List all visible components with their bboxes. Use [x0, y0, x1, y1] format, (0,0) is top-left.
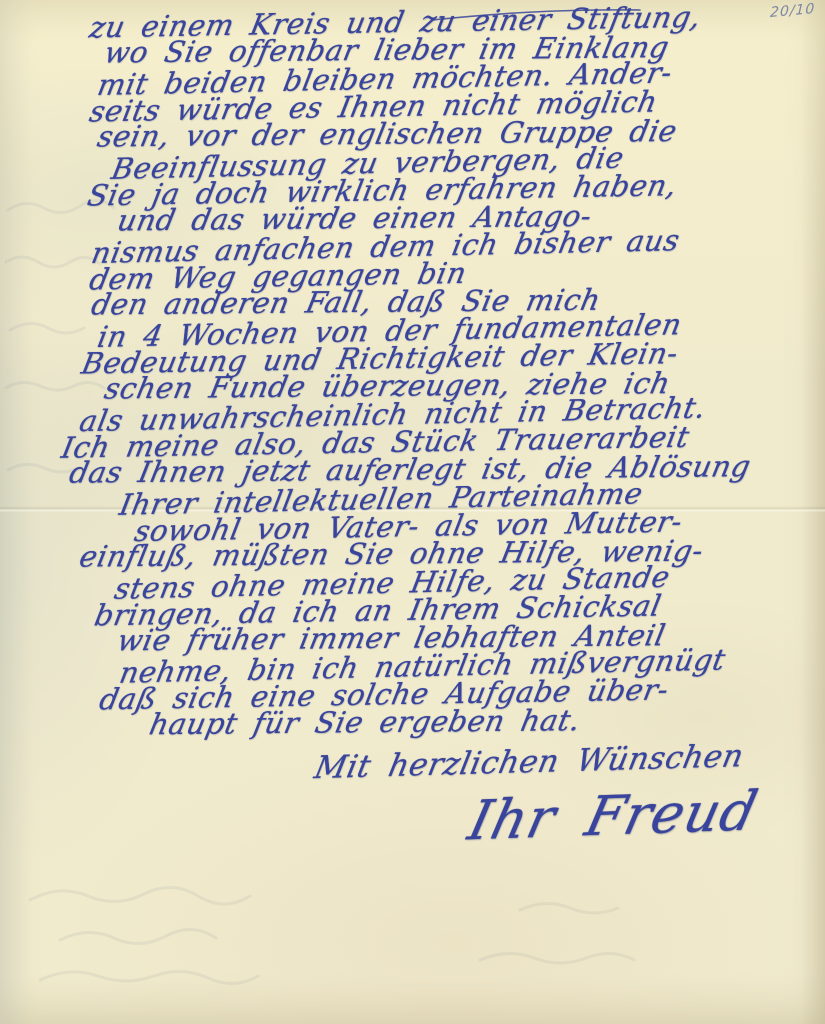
letter-page: 20/10 zu einem Kreis und zu einer Stiftu… [0, 0, 825, 1024]
signature: Ihr Freud [469, 780, 825, 858]
handwriting-line: haupt für Sie ergeben hat. [150, 705, 825, 739]
letter-body: zu einem Kreis und zu einer Stiftung, wo… [0, 8, 825, 852]
